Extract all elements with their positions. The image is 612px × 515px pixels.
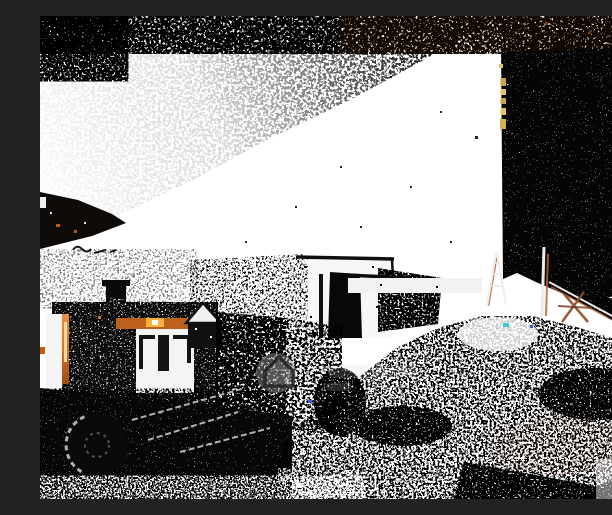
blue-speck <box>530 325 533 328</box>
bottom-speckle-band <box>40 477 350 499</box>
watermark-text-blur-small <box>326 383 352 391</box>
trailer-left-door <box>46 314 62 390</box>
dithered-photo <box>40 16 612 499</box>
left-edge-orange-speck <box>40 347 45 354</box>
machinery-wheel <box>66 414 128 476</box>
cyan-speck <box>503 323 509 327</box>
blue-speck-left <box>308 400 312 403</box>
watermark-text-blur <box>328 365 416 378</box>
